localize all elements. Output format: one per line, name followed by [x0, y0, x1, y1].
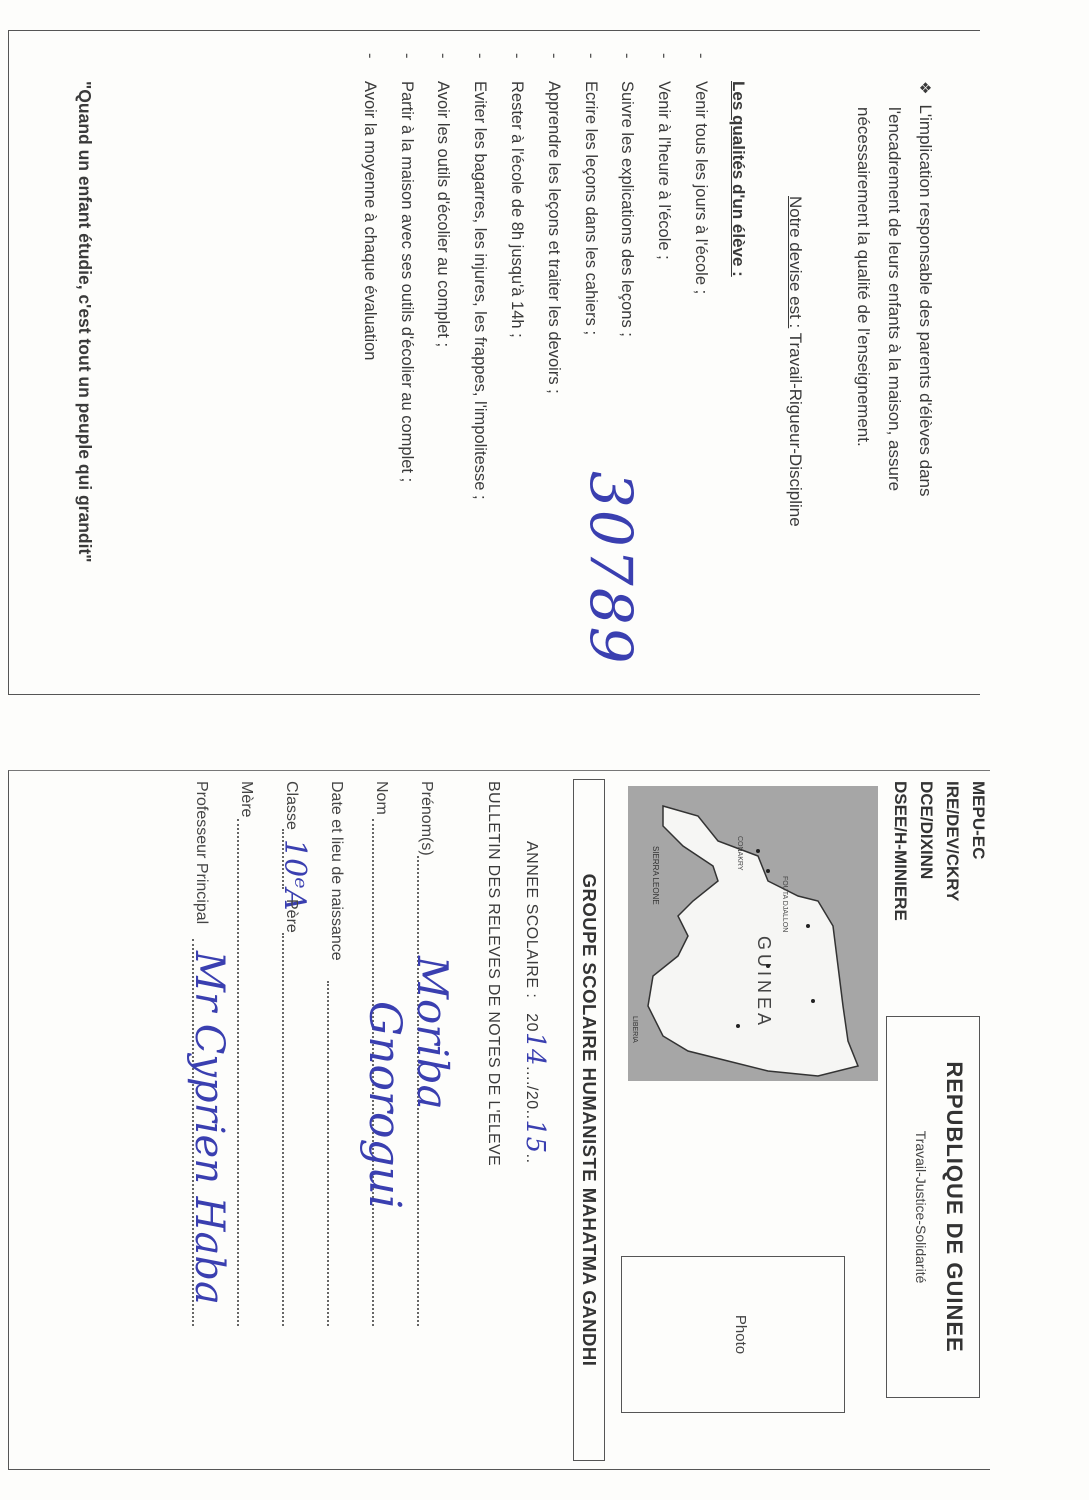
school-year: ANNEE SCOLAIRE : 2014..../20..15.. [520, 841, 550, 1164]
prenom-label: Prénom(s) [417, 781, 435, 856]
intro-line-1: ❖L'implication responsable des parents d… [915, 81, 935, 497]
quality-item: -Partir à la maison avec ses outils d'éc… [381, 53, 418, 500]
intro-line-2: l'encadrement de leurs enfants à la mais… [884, 107, 904, 491]
qualities-title: Les qualités d'un élève : [728, 81, 748, 277]
republic-box: REPUBLIQUE DE GUINEE Travail-Justice-Sol… [886, 1016, 980, 1398]
qualities-list: -Venir tous les jours à l'école ; -Venir… [344, 53, 712, 500]
prenom-field[interactable]: Prénom(s) Moriba [413, 781, 435, 1326]
school-name-box: GROUPE SCOLAIRE HUMANISTE MAHATMA GANDHI [573, 779, 605, 1461]
nom-value: Gnorogui [359, 1001, 410, 1209]
photo-label: Photo [732, 1257, 749, 1412]
naissance-field[interactable]: Date et lieu de naissance [323, 781, 345, 1326]
admin-line: MEPU-EC [968, 781, 988, 859]
admin-line: DCE/DIXINN [916, 781, 936, 879]
svg-text:SIERRA LEONE: SIERRA LEONE [651, 846, 660, 905]
guinea-map-icon: GUINEA FOUTA DJALLON CONAKRY SIERRA LEON… [628, 786, 878, 1081]
devise: Notre devise est : Travail-Rigueur-Disci… [785, 196, 805, 527]
pere-label: Père [282, 899, 300, 933]
quality-item: -Suivre les explications des leçons ; [602, 53, 639, 500]
mere-label: Mère [237, 781, 255, 817]
school-year-label: ANNEE SCOLAIRE : [523, 841, 540, 998]
scanned-report-card: ❖L'implication responsable des parents d… [0, 0, 1089, 1500]
guinea-map: GUINEA FOUTA DJALLON CONAKRY SIERRA LEON… [628, 786, 878, 1081]
motto: "Quand un enfant étudie, c'est tout un p… [74, 81, 95, 563]
quality-item: -Rester à l'école de 8h jusqu'à 14h ; [491, 53, 528, 500]
school-year-end[interactable]: 15 [520, 1120, 550, 1154]
naissance-label: Date et lieu de naissance [327, 781, 345, 961]
classe-pere-field[interactable]: Classe 10ᵉA Père [278, 781, 300, 1326]
svg-text:LIBERIA: LIBERIA [631, 1016, 638, 1043]
quality-item: -Eviter les bagarres, les injures, les f… [454, 53, 491, 500]
devise-label: Notre devise est : [786, 196, 805, 328]
devise-value: Travail-Rigueur-Discipline [786, 333, 805, 527]
classe-label: Classe [282, 781, 300, 830]
professeur-value: Mr Cyprien Haba [186, 951, 232, 1305]
quality-item: -Apprendre les leçons et traiter les dev… [528, 53, 565, 500]
svg-text:CONAKRY: CONAKRY [736, 836, 743, 871]
republic-title: REPUBLIQUE DE GUINEE [941, 1017, 967, 1397]
school-year-start[interactable]: 14 [520, 1032, 550, 1066]
front-cover-panel: MEPU-EC IRE/DEV/CKRY DCE/DIXINN DSEE/H-M… [8, 770, 990, 1470]
svg-text:FOUTA DJALLON: FOUTA DJALLON [781, 876, 788, 932]
professeur-field[interactable]: Professeur Principal Mr Cyprien Haba [188, 781, 210, 1326]
photo-placeholder: Photo [621, 1256, 845, 1413]
prenom-value: Moriba [408, 956, 457, 1110]
intro-line-3: nécessairement la qualité de l'enseignem… [853, 107, 873, 447]
admin-line: IRE/DEV/CKRY [942, 781, 962, 901]
school-name: GROUPE SCOLAIRE HUMANISTE MAHATMA GANDHI [578, 780, 600, 1460]
quality-item: -Venir tous les jours à l'école ; [675, 53, 712, 500]
republic-motto: Travail-Justice-Solidarité [913, 1017, 929, 1397]
back-cover-panel: ❖L'implication responsable des parents d… [8, 30, 980, 695]
nom-field[interactable]: Nom Gnorogui [368, 781, 390, 1326]
quality-item: -Venir à l'heure à l'école ; [638, 53, 675, 500]
mere-field[interactable]: Mère [233, 781, 255, 1326]
four-diamond-bullet-icon: ❖ [916, 81, 933, 94]
professeur-label: Professeur Principal [192, 781, 210, 924]
admin-line: DSEE/H-MINIERE [890, 781, 910, 921]
nom-label: Nom [372, 781, 390, 815]
bulletin-title: BULLETIN DES RELEVES DE NOTES DE L'ELEVE [484, 781, 502, 1166]
quality-item: -Avoir la moyenne à chaque évaluation [344, 53, 381, 500]
svg-text:GUINEA: GUINEA [754, 936, 774, 1029]
quality-item: -Ecrire les leçons dans les cahiers ; [565, 53, 602, 500]
handwritten-number: 30789 [577, 471, 645, 666]
quality-item: -Avoir les outils d'écolier au complet ; [418, 53, 455, 500]
